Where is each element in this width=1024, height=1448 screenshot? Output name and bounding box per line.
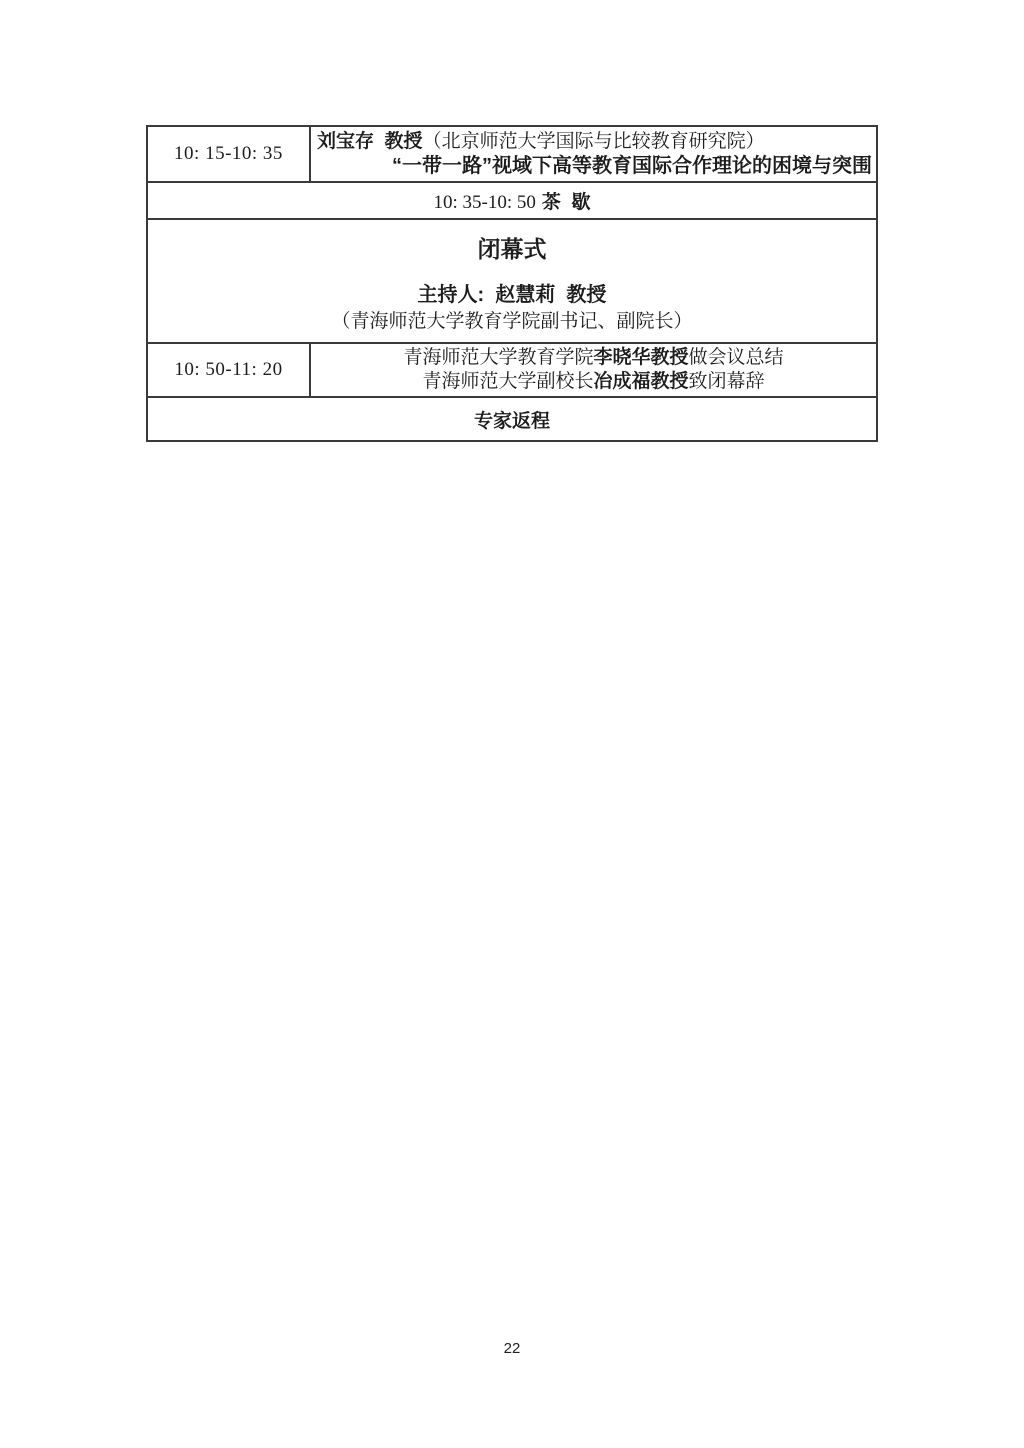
closing-ceremony-title: 闭幕式: [148, 234, 876, 264]
session2-line1-post: 做会议总结: [689, 347, 784, 368]
session2-line2: 青海师范大学副校长冶成福教授致闭幕辞: [311, 370, 876, 394]
departure-label: 专家返程: [474, 411, 550, 432]
table-row-session2: 10: 50-11: 20 青海师范大学教育学院李晓华教授做会议总结 青海师范大…: [147, 343, 877, 397]
closing-ceremony-cell: 闭幕式 主持人: 赵慧莉 教授 （青海师范大学教育学院副书记、副院长）: [147, 219, 877, 343]
table-row-session1: 10: 15-10: 35 刘宝存 教授（北京师范大学国际与比较教育研究院） “…: [147, 126, 877, 182]
schedule-table: 10: 15-10: 35 刘宝存 教授（北京师范大学国际与比较教育研究院） “…: [146, 125, 878, 442]
session2-line2-post: 致闭幕辞: [689, 371, 765, 392]
page-number: 22: [0, 1340, 1024, 1357]
session2-line1: 青海师范大学教育学院李晓华教授做会议总结: [311, 346, 876, 370]
session2-line1-pre: 青海师范大学教育学院: [403, 347, 593, 368]
table-row-closing-ceremony: 闭幕式 主持人: 赵慧莉 教授 （青海师范大学教育学院副书记、副院长）: [147, 219, 877, 343]
session2-content-cell: 青海师范大学教育学院李晓华教授做会议总结 青海师范大学副校长冶成福教授致闭幕辞: [310, 343, 877, 397]
session2-line1-name: 李晓华教授: [593, 347, 688, 368]
tea-break-cell: 10: 35-10: 50茶 歇: [147, 182, 877, 219]
session1-content-cell: 刘宝存 教授（北京师范大学国际与比较教育研究院） “一带一路”视域下高等教育国际…: [310, 126, 877, 182]
session1-talk-title: “一带一路”视域下高等教育国际合作理论的困境与突围: [392, 155, 872, 177]
closing-host: 主持人: 赵慧莉 教授: [148, 282, 876, 308]
closing-host-affiliation: （青海师范大学教育学院副书记、副院长）: [148, 309, 876, 334]
session2-time: 10: 50-11: 20: [174, 359, 282, 380]
session2-time-cell: 10: 50-11: 20: [147, 343, 310, 397]
departure-cell: 专家返程: [147, 397, 877, 441]
session1-talk-title-line: “一带一路”视域下高等教育国际合作理论的困境与突围: [317, 154, 874, 179]
table-row-tea-break: 10: 35-10: 50茶 歇: [147, 182, 877, 219]
table-row-departure: 专家返程: [147, 397, 877, 441]
session2-line2-pre: 青海师范大学副校长: [422, 371, 593, 392]
tea-break-label: 茶 歇: [542, 192, 591, 213]
session2-line2-name: 冶成福教授: [593, 371, 688, 392]
document-page: 10: 15-10: 35 刘宝存 教授（北京师范大学国际与比较教育研究院） “…: [0, 0, 1024, 1448]
session1-speaker-line: 刘宝存 教授（北京师范大学国际与比较教育研究院）: [317, 129, 874, 154]
session1-time: 10: 15-10: 35: [174, 143, 283, 164]
session1-time-cell: 10: 15-10: 35: [147, 126, 310, 182]
session1-speaker-affiliation: （北京师范大学国际与比较教育研究院）: [423, 131, 765, 152]
tea-break-time: 10: 35-10: 50: [434, 192, 536, 213]
session1-speaker-name: 刘宝存 教授: [317, 131, 423, 152]
